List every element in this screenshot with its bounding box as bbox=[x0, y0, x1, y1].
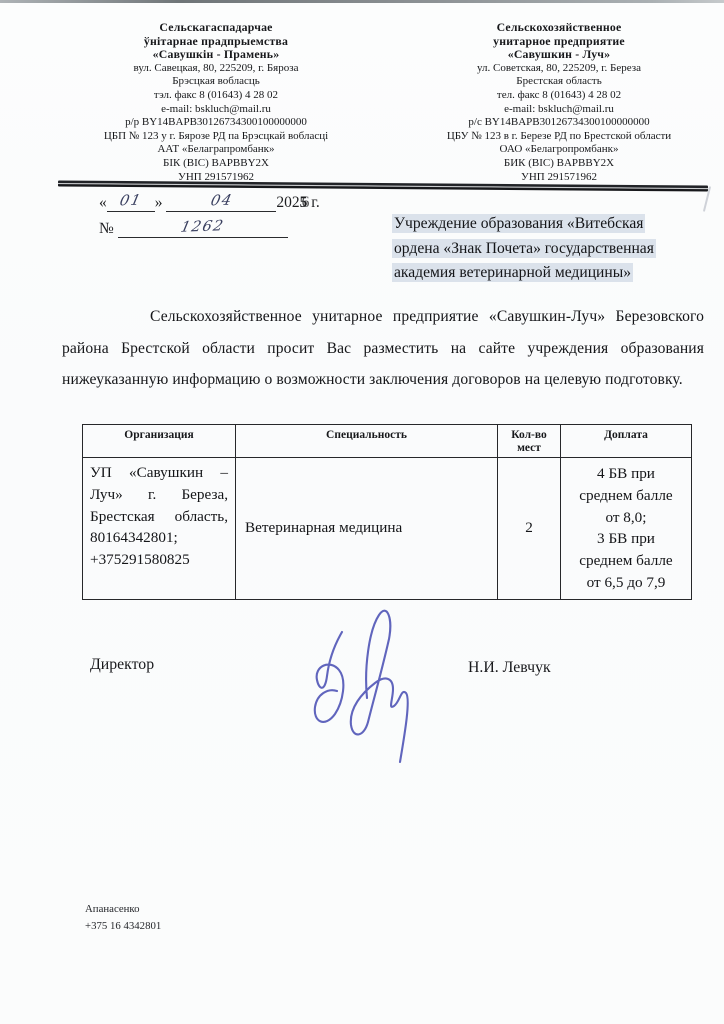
letterhead-line: унитарное предприятие bbox=[398, 35, 720, 49]
scan-edge-artifact bbox=[0, 0, 724, 3]
cell-bonus-terms: 4 БВ при среднем балле от 8,0; 3 БВ при … bbox=[561, 458, 691, 599]
col-header-places: Кол-во мест bbox=[498, 425, 561, 458]
handwritten-number: 1262 bbox=[179, 218, 226, 235]
letterhead-left-belarusian: Сельскагаспадарчаеўнітарнае прадпрыемств… bbox=[40, 21, 392, 184]
letterhead-line: Сельскагаспадарчае bbox=[40, 21, 392, 35]
col-header-specialty: Специальность bbox=[236, 425, 498, 458]
letterhead-line: ЦБУ № 123 в г. Березе РД по Брестской об… bbox=[398, 130, 720, 144]
letterhead-line: р/с BY14BAPB30126734300100000000 bbox=[398, 116, 720, 130]
recipient-line: Учреждение образования «Витебская bbox=[392, 212, 722, 237]
signer-name: Н.И. Левчук bbox=[468, 659, 551, 677]
letterhead-line: Брестская область bbox=[398, 75, 720, 89]
letterhead-line: ўнітарнае прадпрыемства bbox=[40, 35, 392, 49]
date-year: 20265 г. bbox=[276, 194, 319, 211]
cell-places-count: 2 bbox=[498, 458, 561, 599]
letterhead-line: вул. Савецкая, 80, 225209, г. Бяроза bbox=[40, 62, 392, 76]
letterhead-line: ОАО «Белагропромбанк» bbox=[398, 143, 720, 157]
letterhead-line: БИК (BIC) BAPBBY2X bbox=[398, 157, 720, 171]
year-overstruck-digit: 65 bbox=[300, 194, 308, 212]
signer-position-label: Директор bbox=[90, 656, 154, 674]
handwritten-month: 04 bbox=[209, 193, 234, 210]
letterhead-line: Сельскохозяйственное bbox=[398, 21, 720, 35]
letterhead-line: e-mail: bskluch@mail.ru bbox=[398, 103, 720, 117]
scanned-letter-page: Сельскагаспадарчаеўнітарнае прадпрыемств… bbox=[0, 0, 724, 1024]
executor-name: Апанасенко bbox=[85, 901, 161, 918]
letterhead-line: тэл. факс 8 (01643) 4 28 02 bbox=[40, 89, 392, 103]
number-blank: 1262 bbox=[118, 218, 288, 238]
date-month-blank: 04 bbox=[166, 192, 276, 212]
quote-close: » bbox=[155, 194, 163, 211]
date-line: «01» 0420265 г. bbox=[99, 192, 320, 212]
handwritten-day: 01 bbox=[118, 193, 143, 210]
letterhead-line: р/р BY14BAPB30126734300100000000 bbox=[40, 116, 392, 130]
executor-block: Апанасенко +375 16 4342801 bbox=[85, 901, 161, 934]
letterhead-line: ААТ «Белаграпромбанк» bbox=[40, 143, 392, 157]
letter-body-paragraph: Сельскохозяйственное унитарное предприят… bbox=[62, 301, 704, 396]
signature-stroke-left bbox=[315, 632, 344, 722]
letterhead-line: e-mail: bskluch@mail.ru bbox=[40, 103, 392, 117]
quote-open: « bbox=[99, 194, 107, 211]
executor-phone: +375 16 4342801 bbox=[85, 918, 161, 935]
letterhead-line: «Савушкін - Прамень» bbox=[40, 48, 392, 62]
letterhead-line: «Савушкин - Луч» bbox=[398, 48, 720, 62]
letterhead-line: ЦБП № 123 у г. Бярозе РД па Брэсцкай воб… bbox=[40, 130, 392, 144]
letterhead-line: УНП 291571962 bbox=[398, 171, 720, 185]
placement-table: Организация Специальность Кол-во мест До… bbox=[82, 424, 692, 600]
cell-specialty: Ветеринарная медицина bbox=[236, 458, 498, 599]
outgoing-number-line: № 1262 bbox=[99, 218, 288, 238]
recipient-line: ордена «Знак Почета» государственная bbox=[392, 237, 722, 262]
col-header-bonus: Доплата bbox=[561, 425, 691, 458]
recipient-block: Учреждение образования «Витебская ордена… bbox=[392, 212, 722, 286]
signature-stroke-right bbox=[351, 611, 408, 762]
letterhead-line: Брэсцкая вобласць bbox=[40, 75, 392, 89]
letterhead-line: тел. факс 8 (01643) 4 28 02 bbox=[398, 89, 720, 103]
cell-organization: УП «Савушкин – Луч» г. Береза, Брестская… bbox=[83, 458, 236, 599]
letterhead-line: БІК (BIC) BAPBBY2X bbox=[40, 157, 392, 171]
recipient-line: академия ветеринарной медицины» bbox=[392, 261, 722, 286]
date-day-blank: 01 bbox=[107, 192, 155, 212]
letterhead-right-russian: Сельскохозяйственноеунитарное предприяти… bbox=[398, 21, 720, 184]
number-label: № bbox=[99, 220, 114, 237]
handwritten-signature bbox=[278, 596, 428, 781]
letterhead-line: ул. Советская, 80, 225209, г. Береза bbox=[398, 62, 720, 76]
col-header-organization: Организация bbox=[83, 425, 236, 458]
